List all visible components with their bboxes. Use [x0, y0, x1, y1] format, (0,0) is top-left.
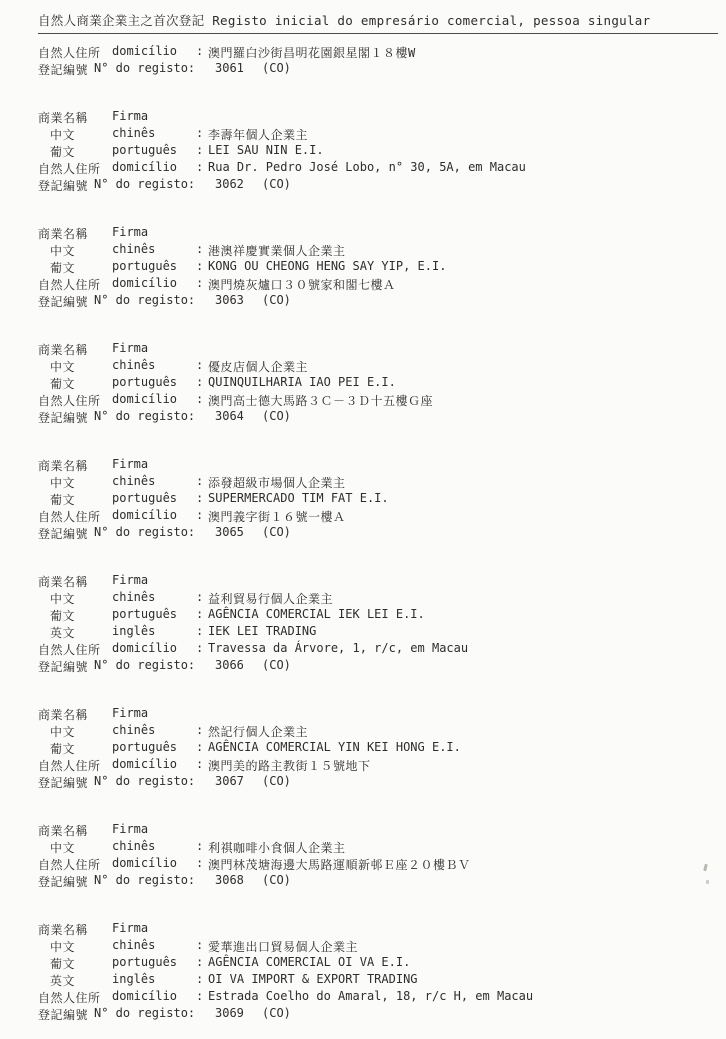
registry-entry-3063: 商業名稱 Firma 中文 chinês : 港澳祥慶實業個人企業主 葡文 po…	[38, 225, 726, 310]
portuguese-label-zh: 葡文	[50, 259, 75, 276]
portuguese-name-value: KONG OU CHEONG HENG SAY YIP, E.I.	[208, 259, 446, 273]
chinese-label-zh: 中文	[50, 590, 75, 607]
registry-number-row: 登記編號 N° do registo: 3065 (CO)	[38, 525, 726, 542]
domicile-value: Estrada Coelho do Amaral, 18, r/c H, em …	[208, 989, 533, 1003]
separator-colon: :	[196, 723, 203, 737]
separator-colon: :	[196, 740, 203, 754]
portuguese-name-value: SUPERMERCADO TIM FAT E.I.	[208, 491, 389, 505]
firm-row: 商業名稱 Firma	[38, 109, 726, 126]
separator-colon: :	[196, 839, 203, 853]
firm-label-pt: Firma	[112, 109, 148, 123]
domicile-label-zh: 自然人住所	[38, 392, 101, 409]
english-label-zh: 英文	[50, 972, 75, 989]
registry-entry-3061: 自然人住所 domicílio : 澳門羅白沙街昌明花園銀星閣１８樓W 登記編號…	[38, 44, 726, 78]
chinese-name-value: 利祺咖啡小食個人企業主	[208, 839, 346, 856]
registry-label-pt: N° do registo:	[94, 1006, 195, 1020]
separator-colon: :	[196, 989, 203, 1003]
registry-type-code: (CO)	[262, 1006, 291, 1020]
registry-number-row: 登記編號 N° do registo: 3066 (CO)	[38, 658, 726, 675]
registry-number-row: 登記編號 N° do registo: 3062 (CO)	[38, 177, 726, 194]
separator-colon: :	[196, 358, 203, 372]
registry-label-zh: 登記編號	[38, 61, 88, 78]
chinese-name-value: 益利貿易行個人企業主	[208, 590, 333, 607]
firm-label-pt: Firma	[112, 225, 148, 239]
english-name-row: 英文 inglês : OI VA IMPORT & EXPORT TRADIN…	[38, 972, 726, 989]
page-title: 自然人商業企業主之首次登記 Registo inicial do empresá…	[38, 11, 718, 34]
english-name-value: OI VA IMPORT & EXPORT TRADING	[208, 972, 418, 986]
chinese-name-value: 愛華進出口貿易個人企業主	[208, 938, 358, 955]
portuguese-label-pt: português	[112, 740, 177, 754]
registry-label-pt: N° do registo:	[94, 409, 195, 423]
domicile-value: 澳門燒灰爐口３０號家和閣七樓Ａ	[208, 276, 396, 293]
separator-colon: :	[196, 590, 203, 604]
registry-type-code: (CO)	[262, 774, 291, 788]
domicile-label-zh: 自然人住所	[38, 989, 101, 1006]
domicile-row: 自然人住所 domicílio : 澳門義字街１６號一樓Ａ	[38, 508, 726, 525]
registry-type-code: (CO)	[262, 293, 291, 307]
firm-label-zh: 商業名稱	[38, 225, 88, 242]
separator-colon: :	[196, 44, 203, 58]
separator-colon: :	[196, 491, 203, 505]
firm-label-pt: Firma	[112, 921, 148, 935]
registry-label-zh: 登記編號	[38, 177, 88, 194]
domicile-label-zh: 自然人住所	[38, 757, 101, 774]
portuguese-label-zh: 葡文	[50, 607, 75, 624]
domicile-label-pt: domicílio	[112, 276, 177, 290]
domicile-row: 自然人住所 domicílio : Rua Dr. Pedro José Lob…	[38, 160, 726, 177]
domicile-label-pt: domicílio	[112, 508, 177, 522]
registry-label-zh: 登記編號	[38, 293, 88, 310]
registry-label-pt: N° do registo:	[94, 774, 195, 788]
registry-type-code: (CO)	[262, 409, 291, 423]
domicile-label-pt: domicílio	[112, 757, 177, 771]
firm-row: 商業名稱 Firma	[38, 921, 726, 938]
chinese-name-value: 優皮店個人企業主	[208, 358, 308, 375]
domicile-label-zh: 自然人住所	[38, 44, 101, 61]
separator-colon: :	[196, 938, 203, 952]
chinese-label-zh: 中文	[50, 938, 75, 955]
firm-row: 商業名稱 Firma	[38, 822, 726, 839]
portuguese-label-zh: 葡文	[50, 740, 75, 757]
portuguese-name-row: 葡文 português : KONG OU CHEONG HENG SAY Y…	[38, 259, 726, 276]
domicile-label-pt: domicílio	[112, 44, 177, 58]
chinese-label-pt: chinês	[112, 358, 155, 372]
chinese-label-pt: chinês	[112, 938, 155, 952]
portuguese-name-value: AGÊNCIA COMERCIAL OI VA E.I.	[208, 955, 410, 969]
portuguese-label-pt: português	[112, 955, 177, 969]
domicile-value: 澳門高士德大馬路３Ｃ－３Ｄ十五樓Ｇ座	[208, 392, 433, 409]
registry-label-pt: N° do registo:	[94, 61, 195, 75]
chinese-name-value: 然記行個人企業主	[208, 723, 308, 740]
separator-colon: :	[196, 392, 203, 406]
registry-number-row: 登記編號 N° do registo: 3069 (CO)	[38, 1006, 726, 1023]
registry-label-zh: 登記編號	[38, 525, 88, 542]
registry-entry-3068: 商業名稱 Firma 中文 chinês : 利祺咖啡小食個人企業主 自然人住所…	[38, 822, 726, 890]
domicile-value: Travessa da Árvore, 1, r/c, em Macau	[208, 641, 468, 655]
chinese-label-zh: 中文	[50, 358, 75, 375]
firm-label-pt: Firma	[112, 822, 148, 836]
domicile-value: 澳門美的路主教街１５號地下	[208, 757, 371, 774]
registry-label-zh: 登記編號	[38, 774, 88, 791]
registry-number-row: 登記編號 N° do registo: 3061 (CO)	[38, 61, 726, 78]
registry-number-value: 3061	[215, 61, 244, 75]
portuguese-name-row: 葡文 português : AGÊNCIA COMERCIAL OI VA E…	[38, 955, 726, 972]
chinese-label-pt: chinês	[112, 590, 155, 604]
domicile-label-zh: 自然人住所	[38, 856, 101, 873]
separator-colon: :	[196, 126, 203, 140]
separator-colon: :	[196, 276, 203, 290]
registry-label-pt: N° do registo:	[94, 873, 195, 887]
chinese-label-zh: 中文	[50, 126, 75, 143]
domicile-label-pt: domicílio	[112, 392, 177, 406]
separator-colon: :	[196, 757, 203, 771]
domicile-label-zh: 自然人住所	[38, 508, 101, 525]
registry-number-value: 3067	[215, 774, 244, 788]
registry-label-zh: 登記編號	[38, 1006, 88, 1023]
registry-type-code: (CO)	[262, 61, 291, 75]
domicile-label-zh: 自然人住所	[38, 641, 101, 658]
chinese-label-zh: 中文	[50, 474, 75, 491]
registry-entry-3062: 商業名稱 Firma 中文 chinês : 李壽年個人企業主 葡文 portu…	[38, 109, 726, 194]
chinese-name-value: 添發超級市場個人企業主	[208, 474, 346, 491]
separator-colon: :	[196, 375, 203, 389]
registry-entry-3065: 商業名稱 Firma 中文 chinês : 添發超級市場個人企業主 葡文 po…	[38, 457, 726, 542]
domicile-label-pt: domicílio	[112, 989, 177, 1003]
chinese-name-row: 中文 chinês : 李壽年個人企業主	[38, 126, 726, 143]
firm-row: 商業名稱 Firma	[38, 457, 726, 474]
registry-entry-3064: 商業名稱 Firma 中文 chinês : 優皮店個人企業主 葡文 portu…	[38, 341, 726, 426]
firm-label-zh: 商業名稱	[38, 921, 88, 938]
registry-number-value: 3068	[215, 873, 244, 887]
english-label-zh: 英文	[50, 624, 75, 641]
registry-type-code: (CO)	[262, 525, 291, 539]
english-name-row: 英文 inglês : IEK LEI TRADING	[38, 624, 726, 641]
firm-label-pt: Firma	[112, 573, 148, 587]
chinese-label-pt: chinês	[112, 126, 155, 140]
chinese-label-zh: 中文	[50, 839, 75, 856]
portuguese-name-value: QUINQUILHARIA IAO PEI E.I.	[208, 375, 396, 389]
chinese-label-pt: chinês	[112, 723, 155, 737]
registry-entry-3066: 商業名稱 Firma 中文 chinês : 益利貿易行個人企業主 葡文 por…	[38, 573, 726, 675]
portuguese-name-value: LEI SAU NIN E.I.	[208, 143, 324, 157]
portuguese-name-value: AGÊNCIA COMERCIAL IEK LEI E.I.	[208, 607, 425, 621]
separator-colon: :	[196, 242, 203, 256]
registry-number-value: 3065	[215, 525, 244, 539]
firm-label-zh: 商業名稱	[38, 457, 88, 474]
firm-label-pt: Firma	[112, 457, 148, 471]
domicile-label-zh: 自然人住所	[38, 276, 101, 293]
registry-number-row: 登記編號 N° do registo: 3067 (CO)	[38, 774, 726, 791]
separator-colon: :	[196, 143, 203, 157]
registry-type-code: (CO)	[262, 658, 291, 672]
registry-number-value: 3064	[215, 409, 244, 423]
domicile-label-pt: domicílio	[112, 856, 177, 870]
english-label-pt: inglês	[112, 624, 155, 638]
registry-document-page: 自然人商業企業主之首次登記 Registo inicial do empresá…	[0, 0, 726, 1039]
registry-entry-3069: 商業名稱 Firma 中文 chinês : 愛華進出口貿易個人企業主 葡文 p…	[38, 921, 726, 1023]
registry-label-pt: N° do registo:	[94, 525, 195, 539]
portuguese-label-zh: 葡文	[50, 143, 75, 160]
firm-label-zh: 商業名稱	[38, 822, 88, 839]
separator-colon: :	[196, 856, 203, 870]
chinese-name-row: 中文 chinês : 利祺咖啡小食個人企業主	[38, 839, 726, 856]
registry-type-code: (CO)	[262, 873, 291, 887]
portuguese-label-zh: 葡文	[50, 375, 75, 392]
chinese-name-value: 李壽年個人企業主	[208, 126, 308, 143]
registry-label-zh: 登記編號	[38, 658, 88, 675]
chinese-label-zh: 中文	[50, 723, 75, 740]
registry-label-pt: N° do registo:	[94, 658, 195, 672]
separator-colon: :	[196, 508, 203, 522]
firm-label-zh: 商業名稱	[38, 706, 88, 723]
registry-number-value: 3066	[215, 658, 244, 672]
firm-label-pt: Firma	[112, 341, 148, 355]
firm-label-zh: 商業名稱	[38, 109, 88, 126]
domicile-label-pt: domicílio	[112, 641, 177, 655]
firm-label-zh: 商業名稱	[38, 573, 88, 590]
chinese-label-pt: chinês	[112, 242, 155, 256]
domicile-value: 澳門羅白沙街昌明花園銀星閣１８樓W	[208, 44, 416, 61]
portuguese-name-row: 葡文 português : AGÊNCIA COMERCIAL YIN KEI…	[38, 740, 726, 757]
separator-colon: :	[196, 607, 203, 621]
portuguese-label-pt: português	[112, 375, 177, 389]
domicile-row: 自然人住所 domicílio : 澳門美的路主教街１５號地下	[38, 757, 726, 774]
domicile-row: 自然人住所 domicílio : Estrada Coelho do Amar…	[38, 989, 726, 1006]
firm-row: 商業名稱 Firma	[38, 225, 726, 242]
chinese-name-value: 港澳祥慶實業個人企業主	[208, 242, 346, 259]
separator-colon: :	[196, 474, 203, 488]
firm-row: 商業名稱 Firma	[38, 573, 726, 590]
domicile-row: 自然人住所 domicílio : 澳門羅白沙街昌明花園銀星閣１８樓W	[38, 44, 726, 61]
domicile-row: 自然人住所 domicílio : 澳門燒灰爐口３０號家和閣七樓Ａ	[38, 276, 726, 293]
separator-colon: :	[196, 160, 203, 174]
domicile-row: 自然人住所 domicílio : Travessa da Árvore, 1,…	[38, 641, 726, 658]
portuguese-label-pt: português	[112, 607, 177, 621]
firm-label-zh: 商業名稱	[38, 341, 88, 358]
registry-type-code: (CO)	[262, 177, 291, 191]
portuguese-label-pt: português	[112, 491, 177, 505]
domicile-value: 澳門林茂塘海邊大馬路運順新邨Ｅ座２０樓ＢＶ	[208, 856, 471, 873]
separator-colon: :	[196, 624, 203, 638]
portuguese-label-zh: 葡文	[50, 491, 75, 508]
registry-entry-3067: 商業名稱 Firma 中文 chinês : 然記行個人企業主 葡文 portu…	[38, 706, 726, 791]
registry-number-value: 3062	[215, 177, 244, 191]
registry-number-row: 登記編號 N° do registo: 3064 (CO)	[38, 409, 726, 426]
separator-colon: :	[196, 259, 203, 273]
separator-colon: :	[196, 641, 203, 655]
chinese-name-row: 中文 chinês : 然記行個人企業主	[38, 723, 726, 740]
portuguese-name-value: AGÊNCIA COMERCIAL YIN KEI HONG E.I.	[208, 740, 461, 754]
portuguese-name-row: 葡文 português : AGÊNCIA COMERCIAL IEK LEI…	[38, 607, 726, 624]
scan-artifact	[706, 880, 709, 884]
registry-number-value: 3069	[215, 1006, 244, 1020]
domicile-label-zh: 自然人住所	[38, 160, 101, 177]
registry-number-row: 登記編號 N° do registo: 3068 (CO)	[38, 873, 726, 890]
english-label-pt: inglês	[112, 972, 155, 986]
chinese-name-row: 中文 chinês : 添發超級市場個人企業主	[38, 474, 726, 491]
domicile-row: 自然人住所 domicílio : 澳門林茂塘海邊大馬路運順新邨Ｅ座２０樓ＢＶ	[38, 856, 726, 873]
portuguese-name-row: 葡文 português : LEI SAU NIN E.I.	[38, 143, 726, 160]
separator-colon: :	[196, 955, 203, 969]
chinese-label-zh: 中文	[50, 242, 75, 259]
chinese-label-pt: chinês	[112, 474, 155, 488]
portuguese-label-zh: 葡文	[50, 955, 75, 972]
chinese-name-row: 中文 chinês : 優皮店個人企業主	[38, 358, 726, 375]
firm-row: 商業名稱 Firma	[38, 341, 726, 358]
portuguese-name-row: 葡文 português : SUPERMERCADO TIM FAT E.I.	[38, 491, 726, 508]
domicile-value: Rua Dr. Pedro José Lobo, n° 30, 5A, em M…	[208, 160, 526, 174]
domicile-row: 自然人住所 domicílio : 澳門高士德大馬路３Ｃ－３Ｄ十五樓Ｇ座	[38, 392, 726, 409]
registry-number-value: 3063	[215, 293, 244, 307]
chinese-name-row: 中文 chinês : 港澳祥慶實業個人企業主	[38, 242, 726, 259]
entries-list: 自然人住所 domicílio : 澳門羅白沙街昌明花園銀星閣１８樓W 登記編號…	[38, 44, 726, 1023]
separator-colon: :	[196, 972, 203, 986]
domicile-label-pt: domicílio	[112, 160, 177, 174]
registry-label-pt: N° do registo:	[94, 293, 195, 307]
domicile-value: 澳門義字街１６號一樓Ａ	[208, 508, 346, 525]
registry-number-row: 登記編號 N° do registo: 3063 (CO)	[38, 293, 726, 310]
portuguese-name-row: 葡文 português : QUINQUILHARIA IAO PEI E.I…	[38, 375, 726, 392]
chinese-name-row: 中文 chinês : 愛華進出口貿易個人企業主	[38, 938, 726, 955]
chinese-label-pt: chinês	[112, 839, 155, 853]
english-name-value: IEK LEI TRADING	[208, 624, 316, 638]
registry-label-zh: 登記編號	[38, 409, 88, 426]
chinese-name-row: 中文 chinês : 益利貿易行個人企業主	[38, 590, 726, 607]
firm-label-pt: Firma	[112, 706, 148, 720]
registry-label-pt: N° do registo:	[94, 177, 195, 191]
portuguese-label-pt: português	[112, 143, 177, 157]
portuguese-label-pt: português	[112, 259, 177, 273]
firm-row: 商業名稱 Firma	[38, 706, 726, 723]
registry-label-zh: 登記編號	[38, 873, 88, 890]
